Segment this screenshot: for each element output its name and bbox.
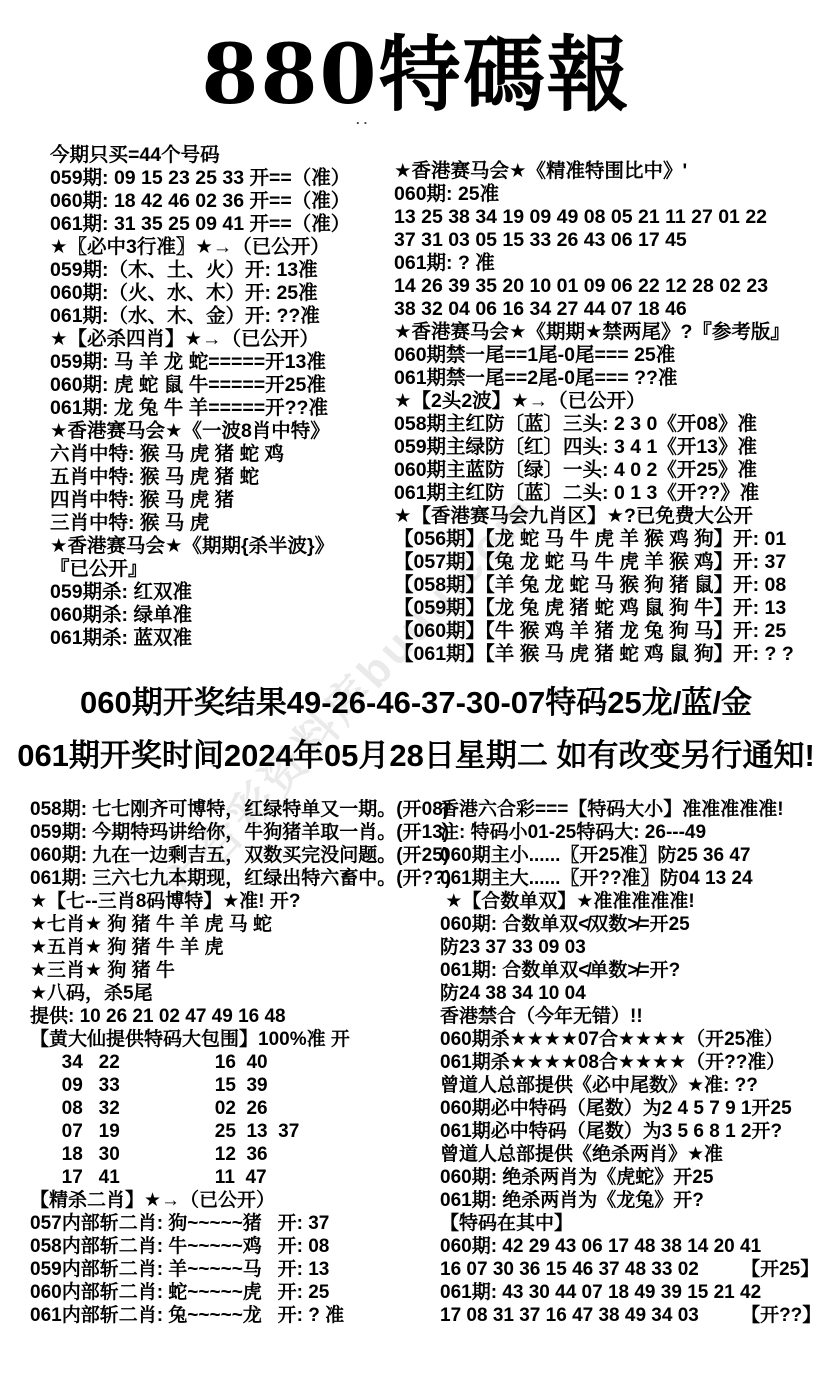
top-right-line: ★香港赛马会★《精准特围比中》' xyxy=(394,160,826,183)
top-right-line: ★香港赛马会★《期期★禁两尾》?『参考版』 xyxy=(394,321,826,344)
bottom-right-line: 【特码在其中】 xyxy=(440,1212,830,1235)
bottom-left-line: 17 41 11 47 xyxy=(30,1166,454,1189)
top-left-line: 061期杀: 蓝双准 xyxy=(50,627,395,650)
top-right-line: 37 31 03 05 15 33 26 43 06 17 45 xyxy=(394,229,826,252)
bottom-left-line: 08 32 02 26 xyxy=(30,1097,454,1120)
bottom-left-line: ★三肖★ 狗 猪 牛 xyxy=(30,959,454,982)
bottom-right-line: 061期: 绝杀两肖为《龙兔》开? xyxy=(440,1189,830,1212)
bottom-left-line: 060内部斩二肖: 蛇~~~~~虎 开: 25 xyxy=(30,1281,454,1304)
top-left-line: 今期只买=44个号码 xyxy=(50,144,395,167)
top-left-line: 060期杀: 绿单准 xyxy=(50,604,395,627)
bottom-right-line: 060期主小......〖开25准〗防25 36 47 xyxy=(440,844,830,867)
top-right-line: 061期主红防〔蓝〕二头: 0 1 3《开??》准 xyxy=(394,482,826,505)
bottom-left-line: 060期: 九在一边剩吉五，双数买完没问题。(开25) xyxy=(30,844,454,867)
top-left-line: 060期:（火、水、木）开: 25准 xyxy=(50,282,395,305)
bottom-right-line: 香港六合彩===【特码大小】准准准准准! xyxy=(440,798,830,821)
top-right-line: 058期主红防〔蓝〕三头: 2 3 0《开08》准 xyxy=(394,413,826,436)
tip-sheet-page: 880特碼報 .. 六合彩资料库buuu.com 今期只买=44个号码059期:… xyxy=(0,0,832,1388)
top-right-line: 【059期】【龙 兔 虎 猪 蛇 鸡 鼠 狗 牛】开: 13 xyxy=(394,597,826,620)
bottom-left-line: 058内部斩二肖: 牛~~~~~鸡 开: 08 xyxy=(30,1235,454,1258)
top-right-line: 060期: 25准 xyxy=(394,183,826,206)
top-left-line: 061期:（水、木、金）开: ??准 xyxy=(50,305,395,328)
top-left-line: 060期: 虎 蛇 鼠 牛=====开25准 xyxy=(50,374,395,397)
top-left-line: 059期杀: 红双准 xyxy=(50,581,395,604)
top-left-line: 059期:（木、土、火）开: 13准 xyxy=(50,259,395,282)
bottom-right-line: 060期杀★★★★07合★★★★（开25准） xyxy=(440,1028,830,1051)
top-right-line: 【057期】【兔 龙 蛇 马 牛 虎 羊 猴 鸡】开: 37 xyxy=(394,551,826,574)
title-mark: .. xyxy=(356,112,371,127)
bottom-left-line: 【精杀二肖】★→（已公开） xyxy=(30,1189,454,1212)
bottom-right-line: 17 08 31 37 16 47 38 49 34 03 【开??】 xyxy=(440,1304,830,1327)
top-right-line: 【061期】【羊 猴 马 虎 猪 蛇 鸡 鼠 狗】开: ? ? xyxy=(394,643,826,666)
bottom-right-line: 060期必中特码（尾数）为2 4 5 7 9 1开25 xyxy=(440,1097,830,1120)
bottom-right-line: 曾道人总部提供《绝杀两肖》★准 xyxy=(440,1143,830,1166)
top-right-line: 14 26 39 35 20 10 01 09 06 22 12 28 02 2… xyxy=(394,275,826,298)
bottom-left-line: 058期: 七七刚齐可博特，红绿特单又一期。(开08) xyxy=(30,798,454,821)
top-left-line: ★〖必中3行准〗★→（已公开） xyxy=(50,236,395,259)
top-right-line: 061期禁一尾==2尾-0尾=== ??准 xyxy=(394,367,826,390)
top-left-line: 六肖中特: 猴 马 虎 猪 蛇 鸡 xyxy=(50,443,395,466)
top-right-line: 060期主蓝防〔绿〕一头: 4 0 2《开25》准 xyxy=(394,459,826,482)
top-right-line: 059期主绿防〔红〕四头: 3 4 1《开13》准 xyxy=(394,436,826,459)
bottom-left-line: 【黄大仙提供特码大包围】100%准 开 xyxy=(30,1028,454,1051)
bottom-left-line: 061期: 三六七九本期现，红绿出特六畜中。(开??) xyxy=(30,867,454,890)
bottom-left-line: 057内部斩二肖: 狗~~~~~猪 开: 37 xyxy=(30,1212,454,1235)
bottom-left-line: 059内部斩二肖: 羊~~~~~马 开: 13 xyxy=(30,1258,454,1281)
top-left-line: 059期: 马 羊 龙 蛇=====开13准 xyxy=(50,351,395,374)
top-left-line: 059期: 09 15 23 25 33 开==（准） xyxy=(50,167,395,190)
bottom-right-line: 注: 特码小01-25特码大: 26---49 xyxy=(440,821,830,844)
bottom-right-line: 061期: 合数单双≮单数≯=开? xyxy=(440,959,830,982)
top-right-line: 060期禁一尾==1尾-0尾=== 25准 xyxy=(394,344,826,367)
bottom-left-line: 提供: 10 26 21 02 47 49 16 48 xyxy=(30,1005,454,1028)
top-right-line: ★【香港赛马会九肖区】★?已免费大公开 xyxy=(394,505,826,528)
bottom-left-line: 09 33 15 39 xyxy=(30,1074,454,1097)
bottom-right-line: 061期必中特码（尾数）为3 5 6 8 1 2开? xyxy=(440,1120,830,1143)
bottom-right-line: 香港禁合（今年无错）!! xyxy=(440,1005,830,1028)
page-title: 880特碼報 xyxy=(0,10,832,127)
bottom-left-line: ★七肖★ 狗 猪 牛 羊 虎 马 蛇 xyxy=(30,913,454,936)
bottom-right-line: 防24 38 34 10 04 xyxy=(440,982,830,1005)
bottom-right-line: 060期: 绝杀两肖为《虎蛇》开25 xyxy=(440,1166,830,1189)
bottom-left-line: 061内部斩二肖: 兔~~~~~龙 开: ? 准 xyxy=(30,1304,454,1327)
top-left-column: 今期只买=44个号码059期: 09 15 23 25 33 开==（准）060… xyxy=(50,144,395,650)
top-left-line: 061期: 龙 兔 牛 羊=====开??准 xyxy=(50,397,395,420)
bottom-left-line: 059期: 今期特玛讲给你，牛狗猪羊取一肖。(开13) xyxy=(30,821,454,844)
bottom-left-line: 18 30 12 36 xyxy=(30,1143,454,1166)
bottom-left-line: ★【七--三肖8码博特】★准! 开? xyxy=(30,890,454,913)
bottom-left-column: 058期: 七七刚齐可博特，红绿特单又一期。(开08)059期: 今期特玛讲给你… xyxy=(30,798,454,1327)
top-right-line: 【058期】【羊 兔 龙 蛇 马 猴 狗 猪 鼠】开: 08 xyxy=(394,574,826,597)
top-left-line: ★香港赛马会★《期期{杀半波}》 xyxy=(50,535,395,558)
bottom-right-column: 香港六合彩===【特码大小】准准准准准!注: 特码小01-25特码大: 26--… xyxy=(440,798,830,1327)
result-banner: 060期开奖结果49-26-46-37-30-07特码25龙/蓝/金 061期开… xyxy=(0,676,832,782)
top-left-line: 『已公开』 xyxy=(50,558,395,581)
top-left-line: ★【必杀四肖】★→（已公开） xyxy=(50,328,395,351)
top-right-line: 38 32 04 06 16 34 27 44 07 18 46 xyxy=(394,298,826,321)
bottom-right-line: 16 07 30 36 15 46 37 48 33 02 【开25】 xyxy=(440,1258,830,1281)
top-right-line: 【060期】【牛 猴 鸡 羊 猪 龙 兔 狗 马】开: 25 xyxy=(394,620,826,643)
bottom-right-line: 曾道人总部提供《必中尾数》★准: ?? xyxy=(440,1074,830,1097)
bottom-right-line: 061期: 43 30 44 07 18 49 39 15 21 42 xyxy=(440,1281,830,1304)
top-right-line: 13 25 38 34 19 09 49 08 05 21 11 27 01 2… xyxy=(394,206,826,229)
bottom-right-line: ★【合数单双】★准准准准准! xyxy=(440,890,830,913)
top-right-line: ★【2头2波】★→（已公开） xyxy=(394,390,826,413)
bottom-left-line: 07 19 25 13 37 xyxy=(30,1120,454,1143)
bottom-left-line: ★五肖★ 狗 猪 牛 羊 虎 xyxy=(30,936,454,959)
top-left-line: 061期: 31 35 25 09 41 开==（准） xyxy=(50,213,395,236)
bottom-right-line: 060期: 42 29 43 06 17 48 38 14 20 41 xyxy=(440,1235,830,1258)
top-left-line: 三肖中特: 猴 马 虎 xyxy=(50,512,395,535)
top-left-line: 060期: 18 42 46 02 36 开==（准） xyxy=(50,190,395,213)
top-right-line: 【056期】【龙 蛇 马 牛 虎 羊 猴 鸡 狗】开: 01 xyxy=(394,528,826,551)
top-left-line: 五肖中特: 猴 马 虎 猪 蛇 xyxy=(50,466,395,489)
bottom-left-line: ★八码，杀5尾 xyxy=(30,982,454,1005)
bottom-right-line: 060期: 合数单双≮双数≯=开25 xyxy=(440,913,830,936)
bottom-right-line: 防23 37 33 09 03 xyxy=(440,936,830,959)
bottom-right-line: 061期主大......〖开??准〗防04 13 24 xyxy=(440,867,830,890)
banner-result-line: 060期开奖结果49-26-46-37-30-07特码25龙/蓝/金 xyxy=(0,676,832,729)
bottom-right-line: 061期杀★★★★08合★★★★（开??准） xyxy=(440,1051,830,1074)
top-left-line: ★香港赛马会★《一波8肖中特》 xyxy=(50,420,395,443)
top-right-column: ★香港赛马会★《精准特围比中》'060期: 25准13 25 38 34 19 … xyxy=(394,160,826,666)
bottom-left-line: 34 22 16 40 xyxy=(30,1051,454,1074)
top-right-line: 061期: ? 准 xyxy=(394,252,826,275)
banner-time-line: 061期开奖时间2024年05月28日星期二 如有改变另行通知! xyxy=(0,729,832,782)
top-left-line: 四肖中特: 猴 马 虎 猪 xyxy=(50,489,395,512)
